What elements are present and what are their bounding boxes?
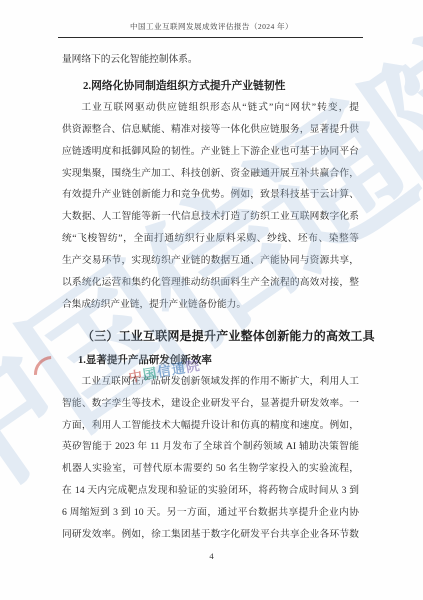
- subsection-1-heading: 1.显著提升产品研发创新效率: [62, 348, 359, 371]
- para1-line: 合集成纺织产业链，提升产业链备份能力。: [62, 294, 359, 316]
- document-body: 量网络下的云化智能控制体系。 2.网络化协同制造组织方式提升产业链韧性 工业互联…: [62, 49, 359, 546]
- para1-line: 有效提升产业链创新能力和竞争优势。例如，致景科技基于云计算、: [62, 184, 359, 206]
- para1-line: 大数据、人工智能等新一代信息技术打造了纺织工业互联网数字化系: [62, 206, 359, 228]
- page-number: 4: [209, 551, 213, 561]
- para2-line: 在 14 天内完成靶点发现和验证的实验闭环，将药物合成时间从 3 到: [62, 480, 359, 502]
- para2-line: 方面，利用人工智能技术大幅提升设计和仿真的精度和速度。例如，: [62, 415, 359, 437]
- para2-line: 英矽智能于 2023 年 11 月发布了全球首个制药领域 AI 辅助决策智能: [62, 436, 359, 458]
- body-line-continuation: 量网络下的云化智能控制体系。: [62, 49, 359, 71]
- para1-line: 以系统化运营和集约化管理推动纺织面料生产全流程的高效对接，整: [62, 272, 359, 294]
- section-2-heading: 2.网络化协同制造组织方式提升产业链韧性: [62, 71, 359, 97]
- para2-line: 工业互联网在产品研发创新领域发挥的作用不断扩大，利用人工: [62, 371, 359, 393]
- header-rule: [58, 37, 363, 38]
- para1-line: 实现集聚，围绕生产加工、科技创新、资金融通开展互补共赢合作，: [62, 163, 359, 185]
- running-header-title: 中国工业互联网发展成效评估报告（2024 年）: [0, 21, 423, 32]
- para1-line: 供资源整合、信息赋能、精准对接等一体化供应链服务，显著提升供: [62, 119, 359, 141]
- para1-line: 统“飞梭智纺”，全面打通纺织行业原料采购、纱线、坯布、染整等: [62, 228, 359, 250]
- para1-line: 生产交易环节，实现纺织产业链的数据互通、产能协同与资源共享，: [62, 250, 359, 272]
- para1-line: 工业互联网驱动供应链组织形态从“链式”向“网状”转变，提: [62, 97, 359, 119]
- para2-line: 智能、数字孪生等技术，建设企业研发平台，显著提升研发效率。一: [62, 393, 359, 415]
- document-page: 中国工业互联网发展成效评估报告（2024 年） 中国信通院 中国信通院 量网络下…: [0, 0, 423, 600]
- section-3-heading: （三）工业互联网是提升产业整体创新能力的高效工具: [62, 322, 359, 348]
- page-footer: 4: [0, 551, 423, 561]
- para2-line: 6 周缩短到 3 到 10 天。另一方面，通过平台数据共享提升企业内协: [62, 502, 359, 524]
- para2-line: 同研发效率。例如，徐工集团基于数字化研发平台共享企业各环节数: [62, 524, 359, 546]
- para1-line: 应链透明度和抵御风险的韧性。产业链上下游企业也可基于协同平台: [62, 141, 359, 163]
- para2-line: 机器人实验室，可替代原本需要约 50 名生物学家投入的实验流程，: [62, 458, 359, 480]
